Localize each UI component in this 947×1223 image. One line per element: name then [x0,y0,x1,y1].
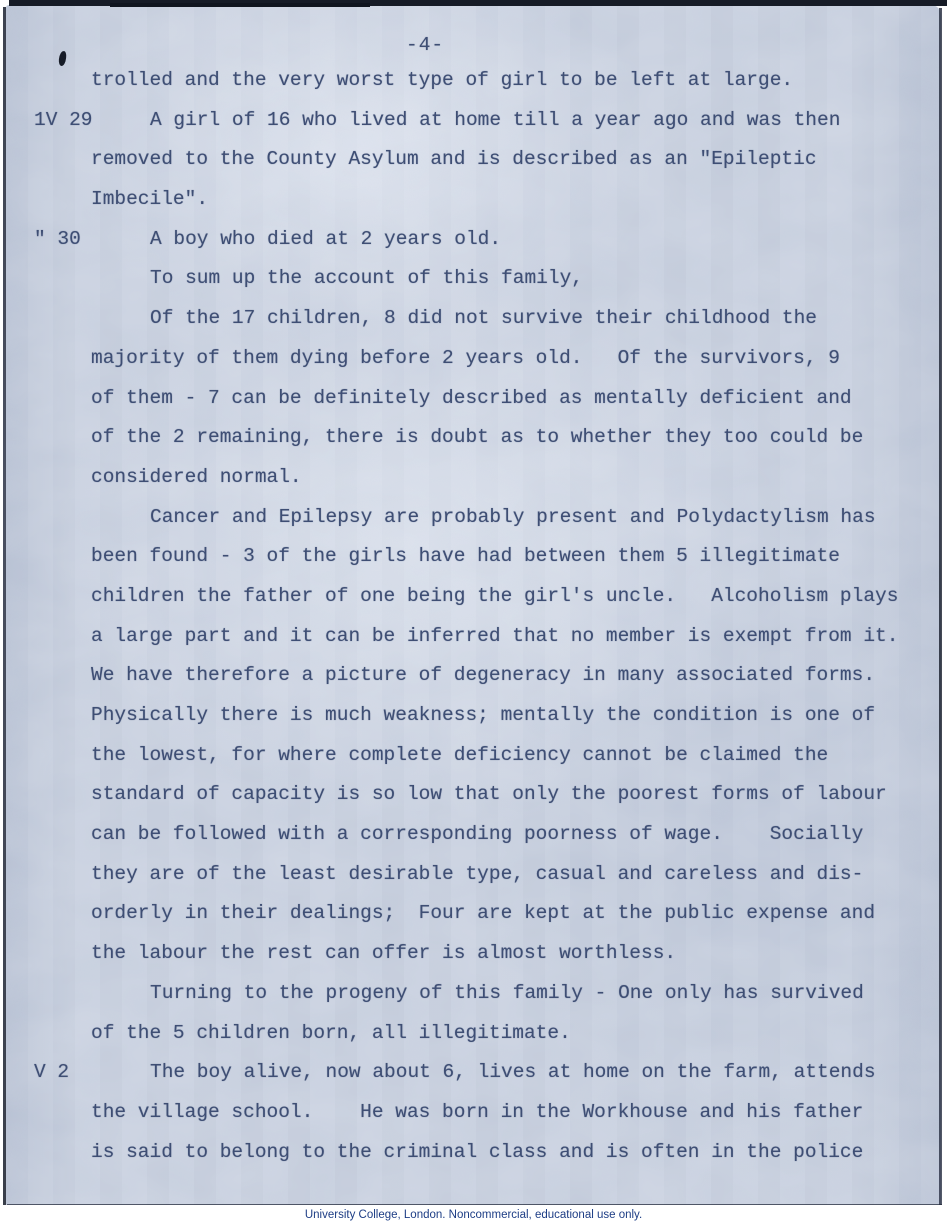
typed-line: children the father of one being the gir… [91,577,931,617]
typed-text-block: trolled and the very worst type of girl … [91,61,931,1172]
typed-line: Cancer and Epilepsy are probably present… [91,498,931,538]
typed-line-text: the labour the rest can offer is almost … [91,942,676,964]
typed-line: We have therefore a picture of degenerac… [91,656,931,696]
page-number: -4- [406,34,444,56]
typed-line-text: the lowest, for where complete deficienc… [91,744,828,766]
typed-line-text: The boy alive, now about 6, lives at hom… [91,1061,876,1083]
typed-line: of them - 7 can be definitely described … [91,379,931,419]
typed-line-text: A boy who died at 2 years old. [91,228,501,250]
typed-line: Turning to the progeny of this family - … [91,974,931,1014]
typed-line: the village school. He was born in the W… [91,1093,931,1133]
footer-strip: University College, London. Noncommercia… [0,1205,947,1223]
typed-line: Imbecile". [91,180,931,220]
typed-line-text: considered normal. [91,466,302,488]
typed-line-text: children the father of one being the gir… [91,585,898,607]
scan-left-edge [3,7,6,1205]
typed-line: To sum up the account of this family, [91,259,931,299]
scan-top-edge-step [110,3,370,7]
ink-blot-mark [58,51,67,67]
typed-line-text: Cancer and Epilepsy are probably present… [91,506,876,528]
typed-line-text: Of the 17 children, 8 did not survive th… [91,307,817,329]
typed-line-text: is said to belong to the criminal class … [91,1141,863,1163]
typed-line-text: standard of capacity is so low that only… [91,783,887,805]
typed-line: of the 2 remaining, there is doubt as to… [91,418,931,458]
typed-line-text: a large part and it can be inferred that… [91,625,898,647]
typed-line-text: been found - 3 of the girls have had bet… [91,545,840,567]
typed-line-text: A girl of 16 who lived at home till a ye… [91,109,840,131]
typed-line-text: they are of the least desirable type, ca… [91,863,863,885]
typed-line-text: Imbecile". [91,188,208,210]
typed-line: standard of capacity is so low that only… [91,775,931,815]
typed-line: they are of the least desirable type, ca… [91,855,931,895]
typed-line-text: trolled and the very worst type of girl … [91,69,793,91]
typed-line-text: of the 2 remaining, there is doubt as to… [91,426,863,448]
typed-line-text: Physically there is much weakness; menta… [91,704,875,726]
typed-line: removed to the County Asylum and is desc… [91,140,931,180]
typed-line: Of the 17 children, 8 did not survive th… [91,299,931,339]
typed-line-text: of the 5 children born, all illegitimate… [91,1022,571,1044]
typed-line-text: majority of them dying before 2 years ol… [91,347,840,369]
typed-line-text: We have therefore a picture of degenerac… [91,664,875,686]
typed-line: considered normal. [91,458,931,498]
paper-sheet: -4- trolled and the very worst type of g… [6,5,941,1205]
typed-line-text: removed to the County Asylum and is desc… [91,148,817,170]
typed-line: Physically there is much weakness; menta… [91,696,931,736]
typed-line: a large part and it can be inferred that… [91,617,931,657]
typed-line: is said to belong to the criminal class … [91,1133,931,1173]
typed-line: the lowest, for where complete deficienc… [91,736,931,776]
typed-line: 1V 29A girl of 16 who lived at home till… [91,101,931,141]
typed-line: majority of them dying before 2 years ol… [91,339,931,379]
scan-right-edge [939,8,942,1207]
footer-caption: University College, London. Noncommercia… [305,1209,642,1221]
typed-line-text: Turning to the progeny of this family - … [91,982,864,1004]
typed-line: the labour the rest can offer is almost … [91,934,931,974]
scanned-document-page: -4- trolled and the very worst type of g… [0,0,947,1223]
typed-line: of the 5 children born, all illegitimate… [91,1014,931,1054]
margin-annotation: 1V 29 [34,101,93,141]
typed-line-text: can be followed with a corresponding poo… [91,823,863,845]
typed-line: been found - 3 of the girls have had bet… [91,537,931,577]
typed-line: can be followed with a corresponding poo… [91,815,931,855]
typed-line-text: of them - 7 can be definitely described … [91,387,852,409]
typed-line-text: To sum up the account of this family, [91,267,583,289]
typed-line-text: the village school. He was born in the W… [91,1101,863,1123]
margin-annotation: " 30 [34,220,81,260]
typed-line: trolled and the very worst type of girl … [91,61,931,101]
typed-line: orderly in their dealings; Four are kept… [91,894,931,934]
typed-line: " 30A boy who died at 2 years old. [91,220,931,260]
typed-line: V 2The boy alive, now about 6, lives at … [91,1053,931,1093]
margin-annotation: V 2 [34,1053,69,1093]
typed-line-text: orderly in their dealings; Four are kept… [91,902,875,924]
